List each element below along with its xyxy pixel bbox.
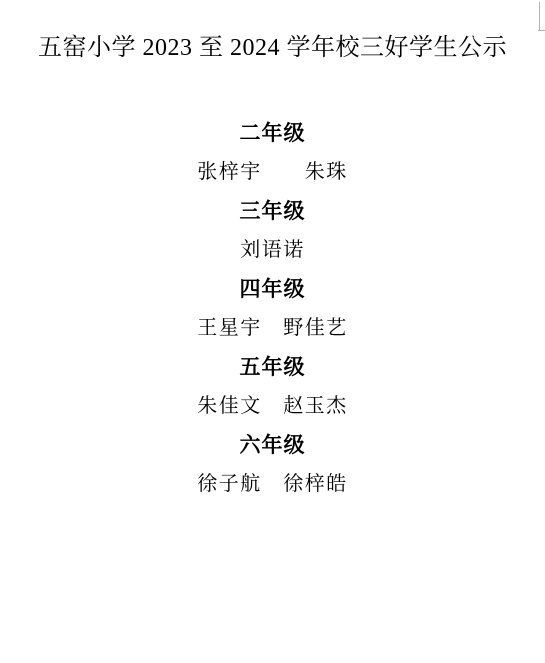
grade-heading-5: 五年级 [0,348,545,387]
student-names-grade-3: 刘语诺 [0,231,545,270]
grade-heading-3: 三年级 [0,192,545,231]
student-names-grade-5: 朱佳文 赵玉杰 [0,387,545,426]
announcement-body: 二年级 张梓宇 朱珠 三年级 刘语诺 四年级 王星宇 野佳艺 五年级 朱佳文 赵… [0,114,545,504]
document-title: 五窑小学 2023 至 2024 学年校三好学生公示 [0,30,545,66]
student-names-grade-4: 王星宇 野佳艺 [0,309,545,348]
document-page: 五窑小学 2023 至 2024 学年校三好学生公示 二年级 张梓宇 朱珠 三年… [0,0,545,663]
grade-heading-4: 四年级 [0,270,545,309]
grade-heading-6: 六年级 [0,426,545,465]
text-boundary-mark-vertical [539,2,540,31]
student-names-grade-6: 徐子航 徐梓皓 [0,465,545,504]
student-names-grade-2: 张梓宇 朱珠 [0,153,545,192]
grade-heading-2: 二年级 [0,114,545,153]
